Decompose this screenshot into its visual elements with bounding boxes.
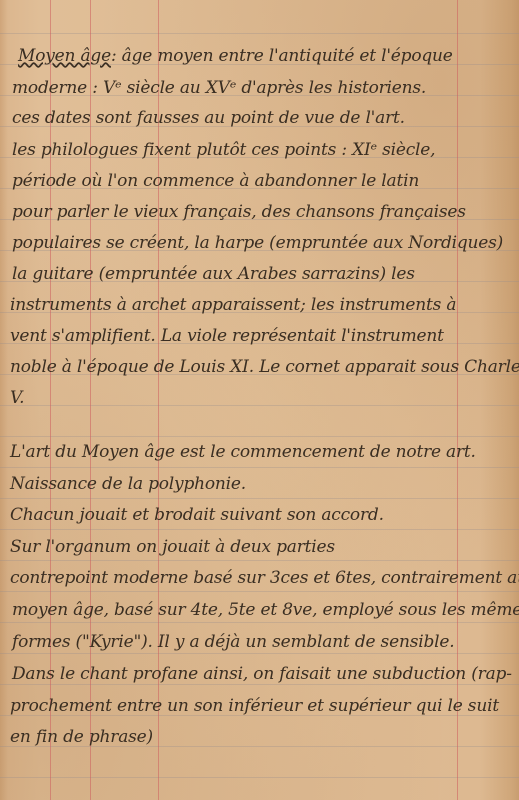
text-line-13: L'art du Moyen âge est le commencement d… (10, 442, 476, 462)
text-line-3: ces dates sont fausses au point de vue d… (12, 108, 405, 128)
notebook-page: Moyen âge: âge moyen entre l'antiquité e… (0, 0, 519, 800)
text-line-5: période où l'on commence à abandonner le… (12, 171, 419, 191)
text-line-8: la guitare (empruntée aux Arabes sarrazi… (12, 264, 415, 284)
handwritten-text: Moyen âge: âge moyen entre l'antiquité e… (0, 0, 519, 800)
text-line-19: formes ("Kyrie"). Il y a déjà un semblan… (12, 632, 454, 652)
text-line-1: Moyen âge: âge moyen entre l'antiquité e… (18, 46, 453, 66)
heading: Moyen âge (18, 46, 111, 66)
text-line-4: les philologues fixent plutôt ces points… (12, 140, 435, 160)
text-line-2: moderne : Vᵉ siècle au XVᵉ d'après les h… (12, 78, 426, 98)
text-line-22: en fin de phrase) (10, 727, 153, 747)
text-line-17: contrepoint moderne basé sur 3ces et 6te… (10, 568, 519, 588)
text-line-9: instruments à archet apparaissent; les i… (10, 295, 456, 315)
text-line-15: Chacun jouait et brodait suivant son acc… (10, 505, 384, 525)
text-line-16: Sur l'organum on jouait à deux parties (10, 537, 335, 557)
text-line-18: moyen âge, basé sur 4te, 5te et 8ve, emp… (12, 600, 519, 620)
text-line-7: populaires se créent, la harpe (emprunté… (12, 233, 503, 253)
text-line-12: V. (10, 388, 24, 408)
text-line-14: Naissance de la polyphonie. (10, 474, 246, 494)
text-line-20: Dans le chant profane ainsi, on faisait … (12, 664, 512, 684)
text-line-10: vent s'amplifient. La viole représentait… (10, 326, 444, 346)
text-line-21: prochement entre un son inférieur et sup… (10, 696, 499, 716)
text-line-6: pour parler le vieux français, des chans… (12, 202, 466, 222)
text-line-11: noble à l'époque de Louis XI. Le cornet … (10, 357, 519, 377)
